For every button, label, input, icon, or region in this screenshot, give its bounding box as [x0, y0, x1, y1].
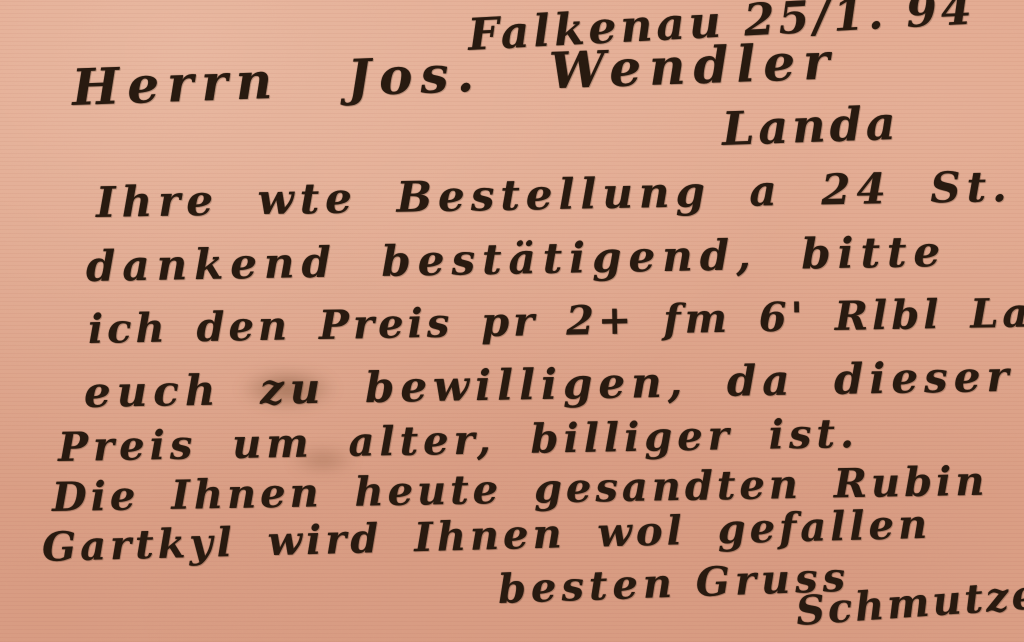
body-line: Ihre wte Bestellung a 24 St. [96, 162, 1013, 227]
body-line: euch zu bewilligen, da dieser [84, 352, 1015, 417]
body-line: ich den Preis pr 2+ fm 6' Rlbl Lauf [88, 289, 1024, 353]
recipient-place: Landa [721, 96, 900, 156]
body-line: dankend bestätigend, bitte [86, 227, 948, 291]
postcard-scan: Falkenau 25/1. 94 Herrn Jos. Wendler Lan… [0, 0, 1024, 642]
